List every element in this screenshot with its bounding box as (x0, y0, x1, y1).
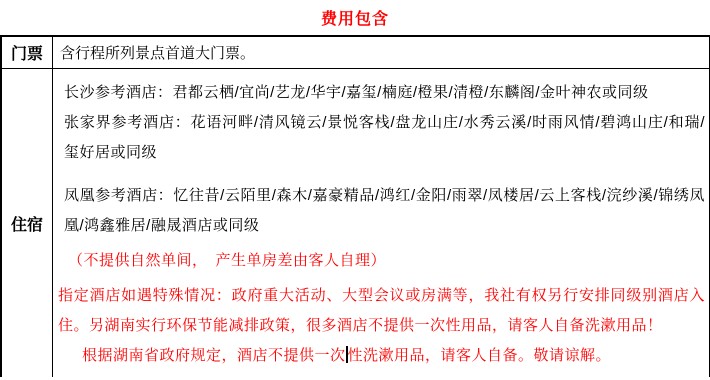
policy-note-before-cursor: 根据湖南省政府规定，酒店不提供一次 (82, 347, 346, 364)
accommodation-content[interactable]: 长沙参考酒店：君都云栖/宜尚/艺龙/华宇/嘉玺/楠庭/橙果/清橙/东麟阁/金叶神… (53, 69, 709, 377)
row-label-tickets: 门票 (2, 37, 53, 68)
tickets-text: 含行程所列景点首道大门票。 (60, 42, 255, 63)
single-room-note: （不提供自然单间， 产生单房差由客人自理） (58, 246, 705, 276)
policy-note: 根据湖南省政府规定，酒店不提供一次性洗漱用品，请客人自备。敬请谅解。 (58, 341, 705, 371)
policy-note-after-cursor: 性洗漱用品，请客人自备。敬请谅解。 (348, 347, 612, 364)
page-title: 费用包含 (0, 8, 710, 35)
table-row-tickets: 门票 含行程所列景点首道大门票。 (2, 37, 709, 69)
fee-included-table: 门票 含行程所列景点首道大门票。 住宿 长沙参考酒店：君都云栖/宜尚/艺龙/华宇… (0, 35, 710, 377)
table-row-accommodation: 住宿 长沙参考酒店：君都云栖/宜尚/艺龙/华宇/嘉玺/楠庭/橙果/清橙/东麟阁/… (2, 69, 709, 377)
special-situation-note: 指定酒店如遇特殊情况：政府重大活动、大型会议或房满等，我社有权另行安排同级别酒店… (58, 281, 705, 341)
changsha-hotels-line: 长沙参考酒店：君都云栖/宜尚/艺龙/华宇/嘉玺/楠庭/橙果/清橙/东麟阁/金叶神… (58, 78, 705, 108)
tickets-content[interactable]: 含行程所列景点首道大门票。 (53, 37, 709, 68)
row-label-accommodation: 住宿 (2, 69, 53, 377)
document-page: 费用包含 门票 含行程所列景点首道大门票。 住宿 长沙参考酒店：君都云栖/宜尚/… (0, 8, 710, 380)
fenghuang-hotels-line: 凤凰参考酒店：忆往昔/云陌里/森木/嘉豪精品/鸿红/金阳/雨翠/凤楼居/云上客栈… (58, 181, 705, 241)
zhangjiajie-hotels-line: 张家界参考酒店：花语河畔/清风镜云/景悦客栈/盘龙山庄/水秀云溪/时雨风情/碧鸿… (58, 108, 705, 168)
